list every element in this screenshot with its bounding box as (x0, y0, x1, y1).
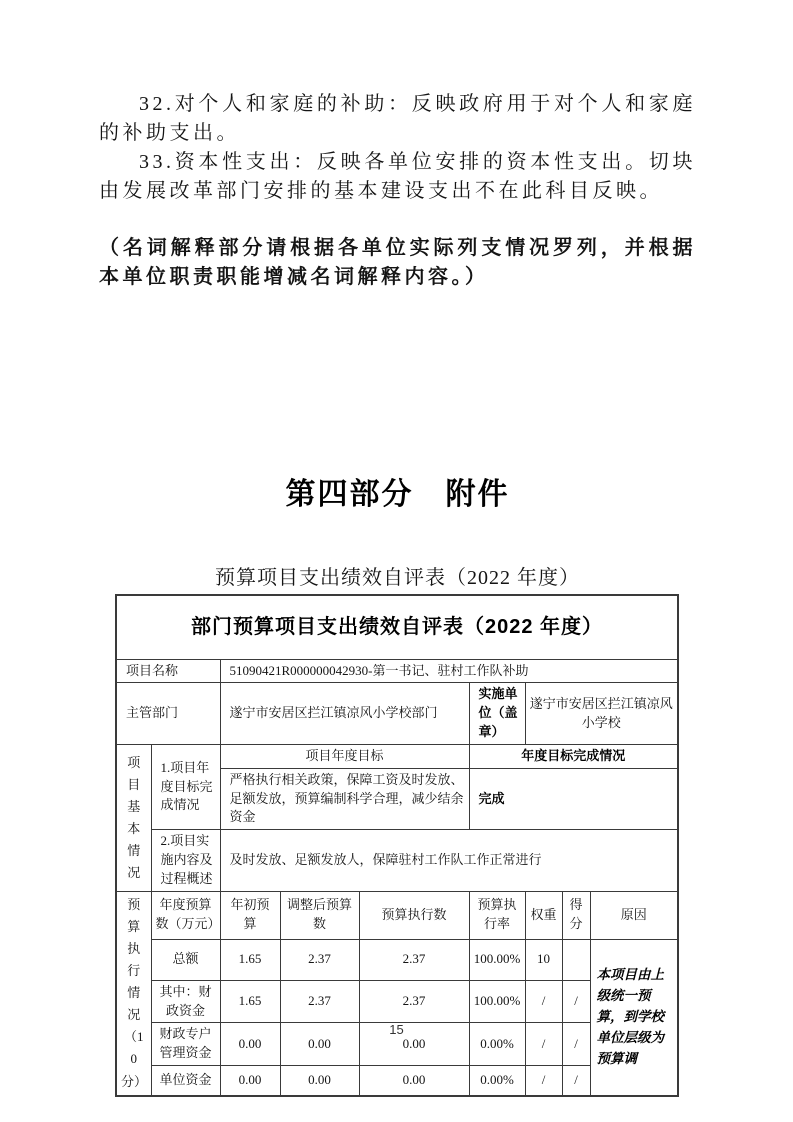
budget-row-label: 单位资金 (151, 1066, 220, 1096)
budget-header-rate: 预算执行率 (469, 891, 525, 939)
table-title-row: 部门预算项目支出绩效自评表（2022 年度） (116, 595, 678, 659)
impl-unit-label: 实施单位（盖章） (469, 683, 525, 745)
impl-unit-value: 遂宁市安居区拦江镇凉风小学校 (525, 683, 678, 745)
budget-header-adjusted: 调整后预算数 (280, 891, 359, 939)
completion-header: 年度目标完成情况 (469, 744, 678, 768)
basic-info-label: 项目基本情况 (116, 744, 151, 891)
budget-cell: / (525, 1066, 562, 1096)
budget-cell: 2.37 (359, 939, 469, 980)
annual-goal-text: 严格执行相关政策，保障工资及时发放、足额发放，预算编制科学合理，减少结余资金 (220, 768, 469, 830)
budget-cell: 10 (525, 939, 562, 980)
budget-header-score: 得分 (562, 891, 590, 939)
paragraph-item-32: 32.对个人和家庭的补助：反映政府用于对个人和家庭的补助支出。 (99, 90, 696, 148)
department-label: 主管部门 (116, 683, 220, 745)
budget-header-weight: 权重 (525, 891, 562, 939)
budget-header-reason: 原因 (590, 891, 678, 939)
budget-header-row: 预算执行情况（10分） 年度预算数（万元） 年初预算 调整后预算数 预算执行数 … (116, 891, 678, 939)
project-name-label: 项目名称 (116, 659, 220, 683)
budget-row-label: 总额 (151, 939, 220, 980)
section-heading: 第四部分 附件 (99, 477, 696, 513)
budget-cell: 100.00% (469, 939, 525, 980)
impl-desc-label: 2.项目实施内容及过程概述 (151, 830, 220, 892)
budget-header-initial: 年初预算 (220, 891, 280, 939)
budget-header-annual: 年度预算数（万元） (151, 891, 220, 939)
budget-cell: 0.00 (220, 1066, 280, 1096)
budget-cell: 2.37 (359, 980, 469, 1023)
budget-cell: 100.00% (469, 980, 525, 1023)
budget-cell: 0.00 (359, 1066, 469, 1096)
budget-cell (562, 939, 590, 980)
page-content: 32.对个人和家庭的补助：反映政府用于对个人和家庭的补助支出。 33.资本性支出… (0, 0, 793, 1097)
project-name-value: 51090421R000000042930-第一书记、驻村工作队补助 (220, 659, 678, 683)
budget-cell: / (562, 980, 590, 1023)
goal-section-label: 1.项目年度目标完成情况 (151, 744, 220, 829)
table-caption: 预算项目支出绩效自评表（2022 年度） (99, 566, 696, 590)
paragraph-item-33: 33.资本性支出：反映各单位安排的资本性支出。切块由发展改革部门安排的基本建设支… (99, 148, 696, 206)
document-page: 32.对个人和家庭的补助：反映政府用于对个人和家庭的补助支出。 33.资本性支出… (0, 0, 793, 1122)
budget-cell: / (562, 1066, 590, 1096)
completion-value: 完成 (469, 768, 678, 830)
budget-cell: 0.00% (469, 1066, 525, 1096)
annual-goal-header: 项目年度目标 (220, 744, 469, 768)
note-paragraph: （名词解释部分请根据各单位实际列支情况罗列，并根据本单位职责职能增减名词解释内容… (99, 234, 696, 292)
reason-text: 本项目由上级统一预算，到学校单位层级为预算调 (590, 939, 678, 1095)
budget-cell: 1.65 (220, 980, 280, 1023)
table-title: 部门预算项目支出绩效自评表（2022 年度） (116, 595, 678, 659)
budget-cell: 1.65 (220, 939, 280, 980)
budget-cell: 0.00 (280, 1066, 359, 1096)
department-row: 主管部门 遂宁市安居区拦江镇凉风小学校部门 实施单位（盖章） 遂宁市安居区拦江镇… (116, 683, 678, 745)
budget-row-label: 其中：财政资金 (151, 980, 220, 1023)
budget-cell: 2.37 (280, 980, 359, 1023)
goal-header-row: 项目基本情况 1.项目年度目标完成情况 项目年度目标 年度目标完成情况 (116, 744, 678, 768)
budget-cell: / (525, 980, 562, 1023)
budget-row-total: 总额 1.65 2.37 2.37 100.00% 10 本项目由上级统一预算，… (116, 939, 678, 980)
impl-desc-text: 及时发放、足额发放人，保障驻村工作队工作正常进行 (220, 830, 678, 892)
impl-desc-row: 2.项目实施内容及过程概述 及时发放、足额发放人，保障驻村工作队工作正常进行 (116, 830, 678, 892)
project-name-row: 项目名称 51090421R000000042930-第一书记、驻村工作队补助 (116, 659, 678, 683)
page-number: 15 (0, 1022, 793, 1037)
budget-exec-label: 预算执行情况（10分） (116, 891, 151, 1095)
department-value: 遂宁市安居区拦江镇凉风小学校部门 (220, 683, 469, 745)
budget-cell: 2.37 (280, 939, 359, 980)
budget-header-executed: 预算执行数 (359, 891, 469, 939)
